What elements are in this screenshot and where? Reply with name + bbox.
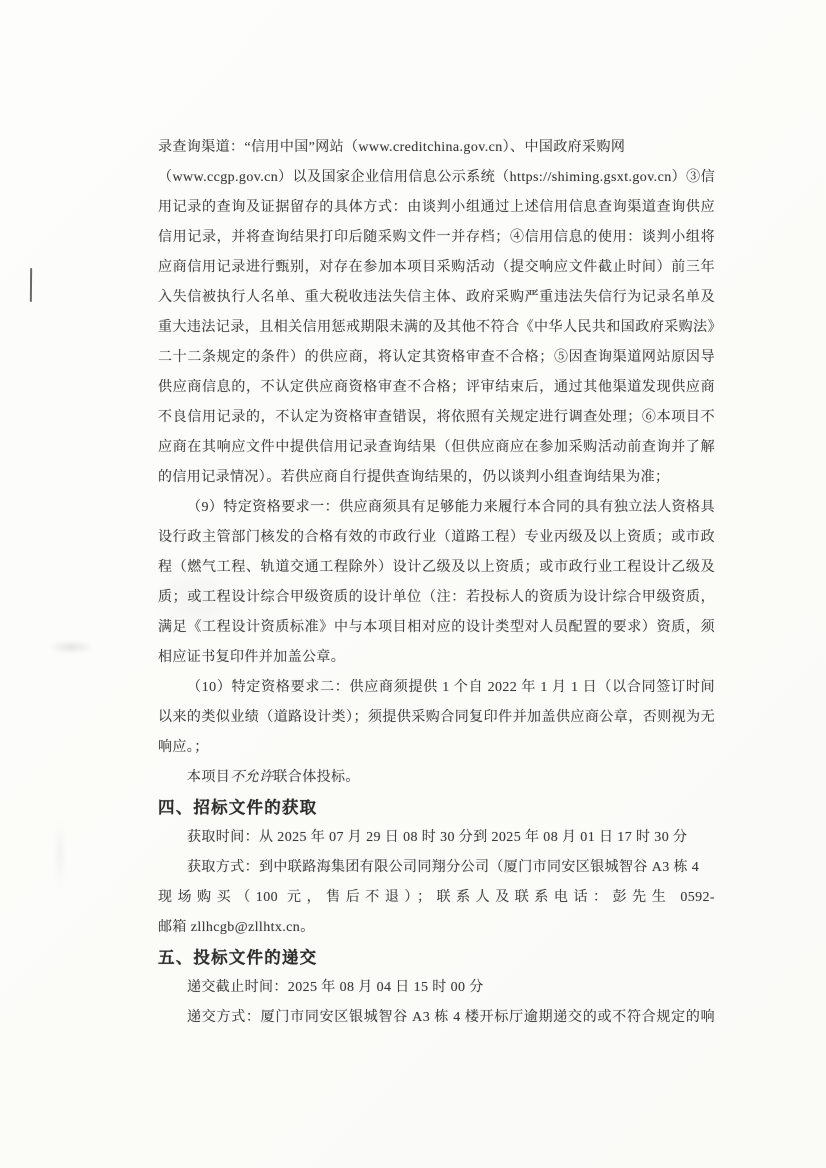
document-line-obtain-method: 获取方式：到中联路海集团有限公司同翔分公司（厦门市同安区银城智谷 A3 栋 4 … (158, 853, 715, 883)
document-line-submission-method: 递交方式：厦门市同安区银城智谷 A3 栋 4 楼开标厅逾期递交的或不符合规定的响… (158, 1003, 715, 1033)
scan-mark-vertical-line (30, 268, 32, 302)
document-line-email: 邮箱 zllhcgb@zllhtx.cn。 (158, 913, 715, 943)
section-heading-4-document-obtain: 四、招标文件的获取 (158, 793, 715, 823)
document-line: 的信用记录情况）。若供应商自行提供查询结果的，仍以谈判小组查询结果为准； (158, 463, 715, 493)
document-line: 程（燃气工程、轨道交通工程除外）设计乙级及以上资质；或市政行业工程设计乙级及以上… (158, 553, 715, 583)
document-line-submission-deadline: 递交截止时间：2025 年 08 月 04 日 15 时 00 分 (158, 973, 715, 1003)
document-line: 设行政主管部门核发的合格有效的市政行业（道路工程）专业丙级及以上资质；或市政行业… (158, 523, 715, 553)
scan-smudge (55, 820, 65, 890)
document-line: 不良信用记录的，不认定为资格审查错误，将依照有关规定进行调查处理；⑥本项目不要求… (158, 403, 715, 433)
document-line: 应商信用记录进行甄别，对存在参加本项目采购活动（提交响应文件截止时间）前三年内被… (158, 253, 715, 283)
joint-bid-not-allowed-italic: 不允许 (230, 770, 273, 785)
section-heading-5-bid-submission: 五、投标文件的递交 (158, 943, 715, 973)
document-line: 应商在其响应文件中提供信用记录查询结果（但供应商应在参加采购活动前查询并了解自身 (158, 433, 715, 463)
document-line-clause-10: （10）特定资格要求二：供应商须提供 1 个自 2022 年 1 月 1 日（以… (158, 673, 715, 703)
document-text-column: 录查询渠道：“信用中国”网站（www.creditchina.gov.cn）、中… (158, 133, 715, 1033)
document-line: 以来的类似业绩（道路设计类）；须提供采购合同复印件并加盖供应商公章，否则视为无效 (158, 703, 715, 733)
document-line: 供应商信息的，不认定供应商资格审查不合格；评审结束后，通过其他渠道发现供应商存在 (158, 373, 715, 403)
scanned-document-page: 录查询渠道：“信用中国”网站（www.creditchina.gov.cn）、中… (0, 0, 826, 1168)
joint-bid-suffix: 联合体投标。 (273, 770, 359, 785)
document-line-joint-bid: 本项目不允许联合体投标。 (158, 763, 715, 793)
document-line: 质；或工程设计综合甲级资质的设计单位（注：若投标人的资质为设计综合甲级资质，则须 (158, 583, 715, 613)
document-line-clause-9: （9）特定资格要求一：供应商须具有足够能力来履行本合同的具有独立法人资格具备建 (158, 493, 715, 523)
document-line: 二十二条规定的条件）的供应商，将认定其资格审查不合格；⑤因查询渠道网站原因导致查… (158, 343, 715, 373)
document-line: 相应证书复印件并加盖公章。 (158, 643, 715, 673)
joint-bid-prefix: 本项目 (187, 770, 230, 785)
document-line: （www.ccgp.gov.cn）以及国家企业信用信息公示系统（https://… (158, 163, 715, 193)
document-line: 用记录的查询及证据留存的具体方式：由谈判小组通过上述信用信息查询渠道查询供应商的 (158, 193, 715, 223)
document-line: 满足《工程设计资质标准》中与本项目相对应的设计类型对人员配置的要求）资质，须提供 (158, 613, 715, 643)
document-line: 重大违法记录，且相关信用惩戒期限未满的及其他不符合《中华人民共和国政府采购法》第 (158, 313, 715, 343)
document-line: 响应。； (158, 733, 715, 763)
document-line: 入失信被执行人名单、重大税收违法失信主体、政府采购严重违法失信行为记录名单及其他 (158, 283, 715, 313)
document-line: 现场购买（100 元，售后不退）；联系人及联系电话：彭先生 0592-77723… (158, 883, 715, 913)
document-line-obtain-time: 获取时间：从 2025 年 07 月 29 日 08 时 30 分到 2025 … (158, 823, 715, 853)
document-line: 录查询渠道：“信用中国”网站（www.creditchina.gov.cn）、中… (158, 133, 715, 163)
document-line: 信用记录，并将查询结果打印后随采购文件一并存档；④信用信息的使用：谈判小组将对供 (158, 223, 715, 253)
scan-smudge (48, 640, 94, 654)
